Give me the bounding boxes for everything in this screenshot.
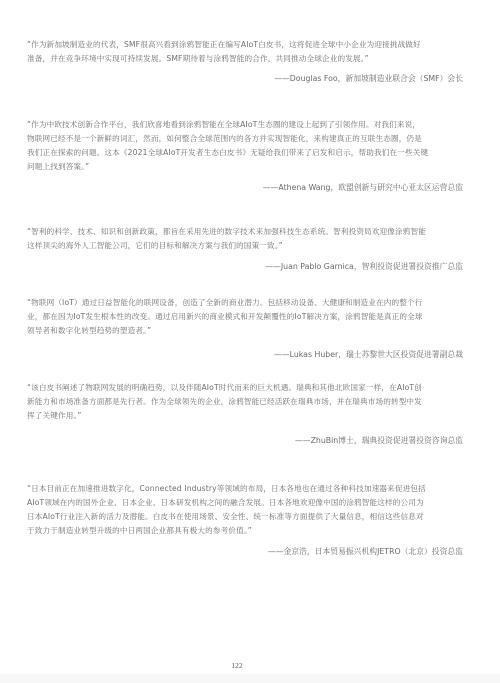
testimonial-quote: “作为新加坡制造业的代表，SMF很高兴看到涂鸦智能正在编写AIoT白皮书，这将促… [27,38,467,85]
quote-body: “物联网（IoT）通过日益智能化的联网设备，创造了全新的商业潜力。包括移动设备、… [27,296,467,338]
quote-body: “该白皮书阐述了物联网发展的明确趋势，以及伴随AIoT时代而来的巨大机遇。瑞典和… [27,381,467,423]
quote-line: 挥了关键作用。” [27,409,467,423]
quote-body: “智利的科学、技术、知识和创新政策，都旨在采用先进的数字技术来加强科技生态系统。… [27,225,467,253]
quote-line: 于致力于制造业转型升级的中日两国企业都具有极大的参考价值。” [27,524,467,538]
quote-line: “该白皮书阐述了物联网发展的明确趋势，以及伴随AIoT时代而来的巨大机遇。瑞典和… [27,381,467,395]
testimonial-quote: “物联网（IoT）通过日益智能化的联网设备，创造了全新的商业潜力。包括移动设备、… [27,296,467,361]
quote-line: 问题上找到答案。” [27,160,467,174]
quote-attribution: ——金京浩，日本贸易振兴机构JETRO（北京）投资总监 [27,546,467,558]
quote-attribution: ——Juan Pablo Garnica，智利投资促进署投资推广总监 [27,261,467,273]
quote-line: 领导者和数字化转型趋势的塑造者。” [27,324,467,338]
quote-line: “物联网（IoT）通过日益智能化的联网设备，创造了全新的商业潜力。包括移动设备、… [27,296,467,310]
quote-body: “作为中欧技术创新合作平台，我们欣喜地看到涂鸦智能在全球AIoT生态圈的建设上起… [27,118,467,174]
testimonial-quote: “智利的科学、技术、知识和创新政策，都旨在采用先进的数字技术来加强科技生态系统。… [27,225,467,273]
page-number: 122 [0,661,474,670]
quote-body: “日本目前正在加速推进数字化，Connected Industry等领域的布局，… [27,482,467,538]
quote-attribution: ——Douglas Foo，新加坡制造业联合会（SMF）会长 [27,73,467,85]
quote-line: 我们正在探索的问题。这本《2021全球AIoT开发者生态白皮书》无疑给我们带来了… [27,146,467,160]
quote-line: 物联网已经不是一个新鲜的词汇，然而，如何整合全球范围内的各方并实现智能化，来构建… [27,132,467,146]
quote-line: “智利的科学、技术、知识和创新政策，都旨在采用先进的数字技术来加强科技生态系统。… [27,225,467,239]
quote-line: 业，都在因为IoT发生根本性的改变。通过启用新兴的商业模式和开发颠覆性的IoT解… [27,310,467,324]
quote-line: AIoT领域在内的国外企业、日本企业、日本研发机构之间的融合发展。日本各地欢迎像… [27,496,467,510]
quote-body: “作为新加坡制造业的代表，SMF很高兴看到涂鸦智能正在编写AIoT白皮书，这将促… [27,38,467,66]
page-bottom-edge [0,674,500,683]
quote-line: 这样顶尖的海外人工智能公司，它们的目标和解决方案与我们的国策一致。” [27,239,467,253]
testimonial-quote: “该白皮书阐述了物联网发展的明确趋势，以及伴随AIoT时代而来的巨大机遇。瑞典和… [27,381,467,447]
document-page: “作为新加坡制造业的代表，SMF很高兴看到涂鸦智能正在编写AIoT白皮书，这将促… [0,0,500,683]
testimonial-quote: “日本目前正在加速推进数字化，Connected Industry等领域的布局，… [27,482,467,558]
quote-line: 准备，并在竞争环境中实现可持续发展。SMF期待着与涂鸦智能的合作，共同推动全球企… [27,52,467,66]
quote-line: 新能力和市场准备方面都是先行者。作为全球领先的企业，涂鸦智能已经活跃在瑞典市场，… [27,395,467,409]
quote-attribution: ——Athena Wang，欧盟创新与研究中心亚太区运营总监 [27,182,467,194]
testimonial-quote: “作为中欧技术创新合作平台，我们欣喜地看到涂鸦智能在全球AIoT生态圈的建设上起… [27,118,467,194]
quote-line: 日本AIoT行业注入新的活力及潜能。白皮书在使用场景、安全性、统一标准等方面提供… [27,510,467,524]
quote-line: “作为中欧技术创新合作平台，我们欣喜地看到涂鸦智能在全球AIoT生态圈的建设上起… [27,118,467,132]
quote-line: “作为新加坡制造业的代表，SMF很高兴看到涂鸦智能正在编写AIoT白皮书，这将促… [27,38,467,52]
quote-line: “日本目前正在加速推进数字化，Connected Industry等领域的布局，… [27,482,467,496]
quote-attribution: ——ZhuBin博士，瑞典投资促进署投资咨询总监 [27,435,467,447]
quote-attribution: ——Lukas Huber，瑞士苏黎世大区投资促进署副总裁 [27,349,467,361]
